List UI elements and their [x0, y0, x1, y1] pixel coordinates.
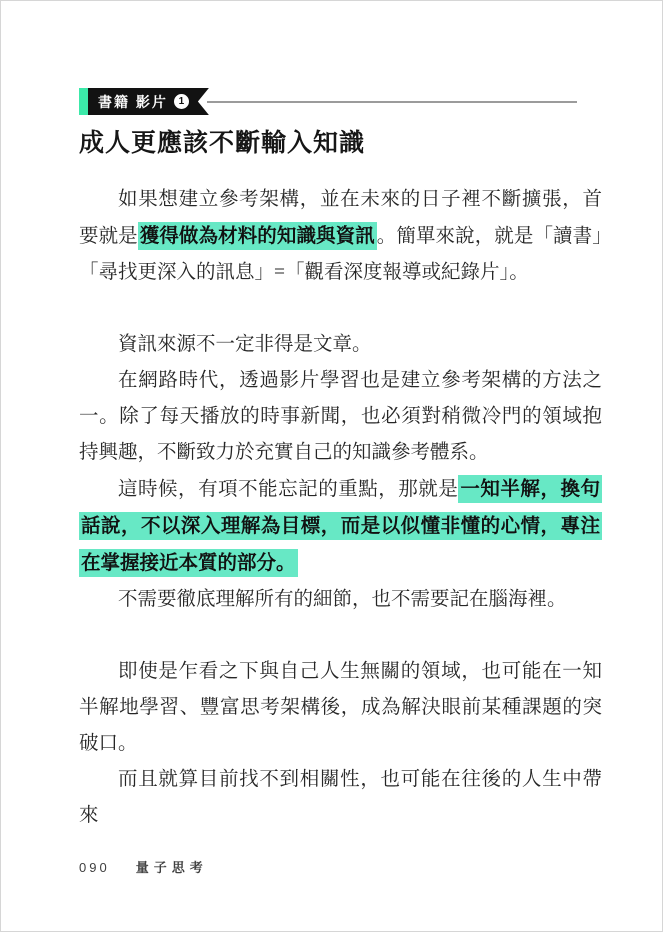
- paragraph-3: 在網路時代，透過影片學習也是建立參考架構的方法之一。除了每天播放的時事新聞，也必…: [79, 363, 602, 471]
- paragraph-1: 如果想建立參考架構，並在未來的日子裡不斷擴張，首要就是獲得做為材料的知識與資訊。…: [79, 182, 602, 291]
- page-footer: 090 量子思考: [79, 857, 208, 876]
- badge-number-icon: 1: [174, 94, 189, 109]
- paragraph-6: 即使是乍看之下與自己人生無關的領域，也可能在一知半解地學習、豐富思考架構後，成為…: [79, 654, 602, 762]
- paragraph-5: 不需要徹底理解所有的細節，也不需要記在腦海裡。: [79, 582, 602, 618]
- body-text: 如果想建立參考架構，並在未來的日子裡不斷擴張，首要就是獲得做為材料的知識與資訊。…: [79, 182, 602, 834]
- paragraph-4-text: 這時候，有項不能忘記的重點，那就是: [118, 479, 458, 500]
- badge-ribbon: 書籍 影片 1: [88, 88, 209, 115]
- paragraph-1-highlight: 獲得做為材料的知識與資訊: [138, 222, 377, 250]
- page-number: 090: [79, 860, 110, 875]
- badge-accent-bar: [79, 88, 88, 115]
- book-title: 量子思考: [136, 857, 208, 876]
- paragraph-4: 這時候，有項不能忘記的重點，那就是一知半解，換句話說，不以深入理解為目標，而是以…: [79, 471, 602, 582]
- header-rule: [207, 101, 577, 103]
- paragraph-7: 而且就算目前找不到相關性，也可能在往後的人生中帶來: [79, 762, 602, 834]
- paragraph-2: 資訊來源不一定非得是文章。: [79, 327, 602, 363]
- page-title: 成人更應該不斷輸入知識: [79, 123, 365, 159]
- section-badge: 書籍 影片 1: [79, 88, 209, 115]
- book-page: 書籍 影片 1 成人更應該不斷輸入知識 如果想建立參考架構，並在未來的日子裡不斷…: [0, 0, 663, 932]
- badge-label: 書籍 影片: [98, 92, 168, 112]
- section-header: 書籍 影片 1: [79, 88, 577, 115]
